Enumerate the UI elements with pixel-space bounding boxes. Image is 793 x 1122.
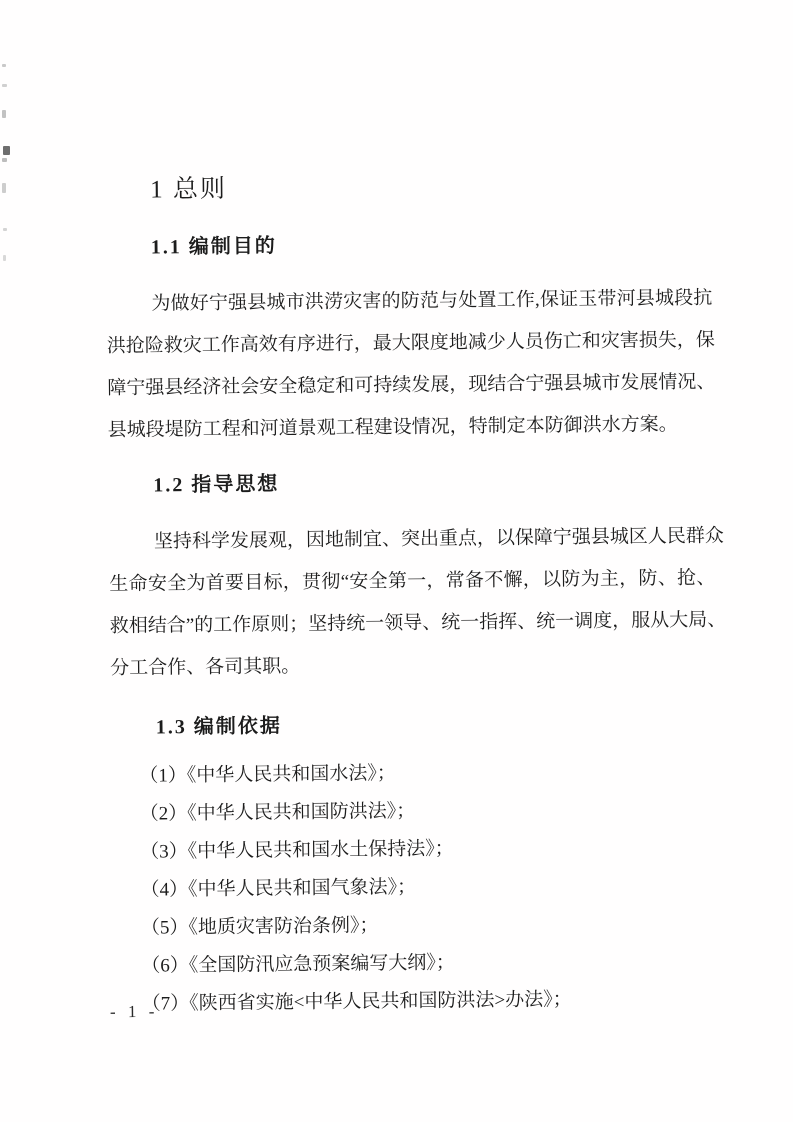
section-heading-1-2: 1.2 指导思想 <box>153 466 714 500</box>
chapter-heading: 1 总则 <box>150 170 711 206</box>
reference-list: （1）《中华人民共和国水法》； （2）《中华人民共和国防洪法》； （3）《中华人… <box>111 752 720 1024</box>
scan-noise <box>2 64 6 67</box>
list-item: （3）《中华人民共和国水土保持法》； <box>112 828 718 872</box>
paragraph-line: 生命安全为首要目标，贯彻“安全第一，常备不懈，以防为主，防、抢、 <box>109 558 715 606</box>
paragraph-line: 为做好宁强县城市洪涝灾害的防范与处置工作,保证玉带河县城段抗 <box>106 278 712 326</box>
paragraph-line: 县城段堤防工程和河道景观工程建设情况，特制定本防御洪水方案。 <box>108 404 714 452</box>
page-number: - 1 - <box>110 1002 159 1023</box>
scan-noise <box>3 228 7 231</box>
scan-noise <box>3 255 6 261</box>
paragraph-guiding-principles: 坚持科学发展观，因地制宜、突出重点，以保障宁强县城区人民群众 生命安全为首要目标… <box>109 516 717 690</box>
scan-noise <box>2 183 6 193</box>
scan-noise <box>2 110 6 118</box>
list-item: （6）《全国防汛应急预案编写大纲》； <box>113 942 719 986</box>
scan-noise <box>3 146 10 155</box>
section-heading-1-1: 1.1 编制目的 <box>151 228 712 262</box>
list-item: （5）《地质灾害防治条例》； <box>113 904 719 948</box>
scan-noise <box>2 158 7 162</box>
list-item: （2）《中华人民共和国防洪法》； <box>112 790 718 834</box>
scan-noise <box>2 84 7 87</box>
document-body: 1 总则 1.1 编制目的 为做好宁强县城市洪涝灾害的防范与处置工作,保证玉带河… <box>105 164 720 1024</box>
paragraph-purpose: 为做好宁强县城市洪涝灾害的防范与处置工作,保证玉带河县城段抗 洪抢险救灾工作高效… <box>106 278 714 452</box>
list-item: （1）《中华人民共和国水法》； <box>111 752 717 796</box>
paragraph-line: 障宁强县经济社会安全稳定和可持续发展，现结合宁强县城市发展情况、 <box>107 362 713 410</box>
section-heading-1-3: 1.3 编制依据 <box>156 708 717 742</box>
paragraph-line: 救相结合”的工作原则；坚持统一领导、统一指挥、统一调度，服从大局、 <box>110 600 716 648</box>
paragraph-line: 分工合作、各司其职。 <box>110 642 716 690</box>
paragraph-line: 洪抢险救灾工作高效有序进行，最大限度地减少人员伤亡和灾害损失，保 <box>107 320 713 368</box>
list-item: （7）《陕西省实施<中华人民共和国防洪法>办法》； <box>114 980 720 1024</box>
scanned-document-page: 1 总则 1.1 编制目的 为做好宁强县城市洪涝灾害的防范与处置工作,保证玉带河… <box>0 0 793 1122</box>
paragraph-line: 坚持科学发展观，因地制宜、突出重点，以保障宁强县城区人民群众 <box>109 516 715 564</box>
list-item: （4）《中华人民共和国气象法》； <box>112 866 718 910</box>
